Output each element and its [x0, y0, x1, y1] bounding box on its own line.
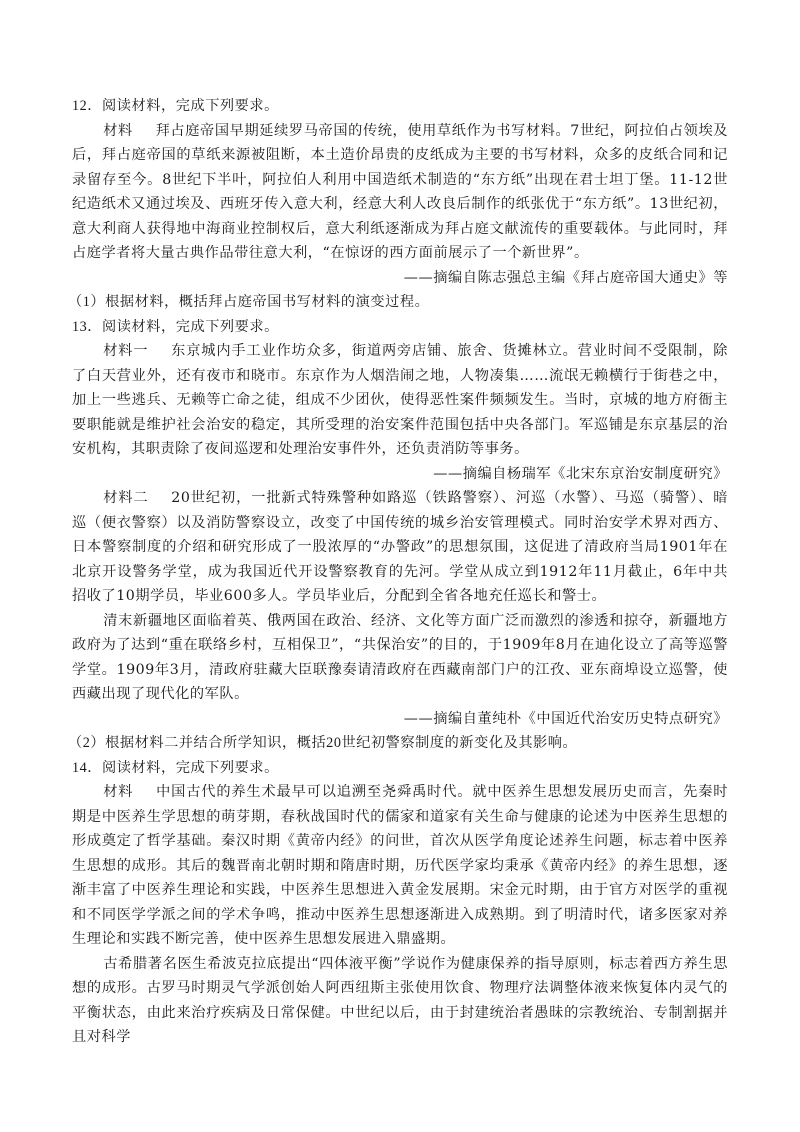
question-12-heading: 12．阅读材料，完成下列要求。 [72, 94, 728, 119]
q12-material-paragraph: 材料拜占庭帝国早期延续罗马帝国的传统，使用草纸作为书写材料。7世纪，阿拉伯占领埃… [72, 119, 728, 266]
exam-page: 12．阅读材料，完成下列要求。 材料拜占庭帝国早期延续罗马帝国的传统，使用草纸作… [72, 94, 728, 1050]
q12-source: ——摘编自陈志强总主编《拜占庭帝国大通史》等 [72, 266, 728, 291]
q13-sub-question-2: （2）根据材料二并结合所学知识，概括20世纪初警察制度的新变化及其影响。 [68, 731, 728, 756]
material-label: 材料 [103, 784, 133, 800]
material-label: 材料 [103, 123, 133, 139]
q12-sub-question-1: （1）根据材料，概括拜占庭帝国书写材料的演变过程。 [68, 290, 728, 315]
material-label: 材料二 [103, 490, 148, 506]
q13-material-2-paragraph-2: 清末新疆地区面临着英、俄两国在政治、经济、文化等方面广泛而激烈的渗透和掠夺，新疆… [72, 609, 728, 707]
q14-material-paragraph-1: 材料中国古代的养生术最早可以追溯至尧舜禹时代。就中医养生思想发展历史而言，先秦时… [72, 780, 728, 952]
question-13-heading: 13．阅读材料，完成下列要求。 [72, 315, 728, 340]
material-label: 材料一 [103, 343, 148, 359]
q14-material-paragraph-2: 古希腊著名医生希波克拉底提出“四体液平衡”学说作为健康保养的指导原则，标志着西方… [72, 952, 728, 1050]
q13-material-1-source: ——摘编自杨瑞军《北宋东京治安制度研究》 [72, 462, 728, 487]
q13-material-2-paragraph-1: 材料二20世纪初，一批新式特殊警种如路巡（铁路警察）、河巡（水警）、马巡（骑警）… [72, 486, 728, 609]
q13-material-2-source: ——摘编自董纯朴《中国近代治安历史特点研究》 [72, 707, 728, 732]
question-14-heading: 14．阅读材料，完成下列要求。 [72, 756, 728, 781]
q13-material-1-paragraph: 材料一东京城内手工业作坊众多，街道两旁店铺、旅舍、货摊林立。营业时间不受限制，除… [72, 339, 728, 462]
